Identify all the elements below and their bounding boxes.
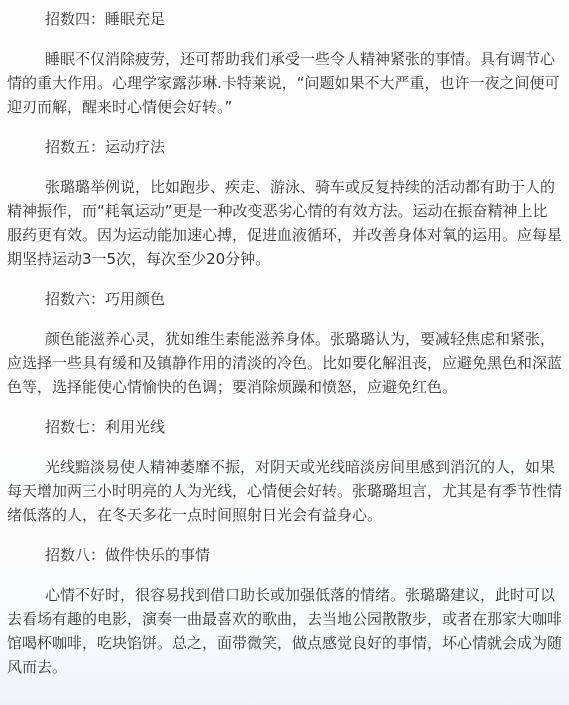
section-7-title: 招数七：利用光线 — [7, 415, 562, 439]
section-8-title: 招数八：做件快乐的事情 — [7, 543, 562, 567]
section-5-title: 招数五：运动疗法 — [7, 135, 562, 159]
section-4-title: 招数四：睡眠充足 — [7, 7, 562, 31]
section-5-paragraph: 张璐璐举例说，比如跑步、疾走、游泳、骑车或反复持续的活动都有助于人的精神振作，而… — [7, 175, 562, 271]
section-6-paragraph: 颜色能滋养心灵，犹如维生素能滋养身体。张璐璐认为，要减轻焦虑和紧张，应选择一些具… — [7, 327, 562, 399]
section-6-title: 招数六：巧用颜色 — [7, 287, 562, 311]
section-4-paragraph: 睡眠不仅消除疲劳，还可帮助我们承受一些令人精神紧张的事情。具有调节心情的重大作用… — [7, 47, 562, 119]
section-7-paragraph: 光线黯淡易使人精神萎靡不振，对阴天或光线暗淡房间里感到消沉的人，如果每天增加两三… — [7, 455, 562, 527]
section-8-paragraph: 心情不好时，很容易找到借口助长或加强低落的情绪。张璐璐建议，此时可以去看场有趣的… — [7, 583, 562, 679]
article-body: 招数四：睡眠充足 睡眠不仅消除疲劳，还可帮助我们承受一些令人精神紧张的事情。具有… — [0, 0, 569, 679]
